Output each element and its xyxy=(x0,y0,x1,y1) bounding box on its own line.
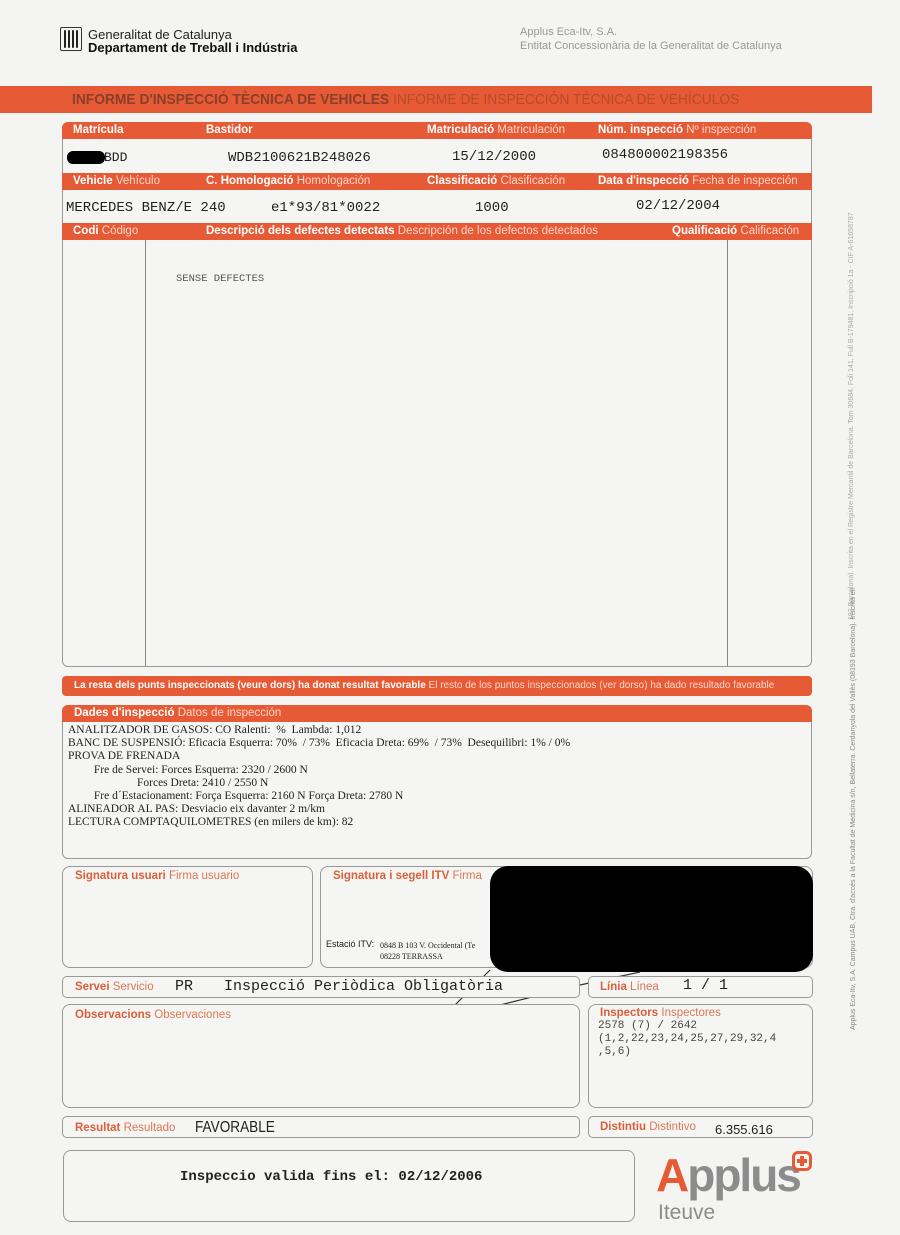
label-homologacion: Homologación xyxy=(297,175,371,187)
gov-line2: Departament de Treball i Indústria xyxy=(88,40,298,55)
value-matriculacio: 15/12/2000 xyxy=(452,149,536,165)
inspectors-line2: (1,2,22,23,24,25,27,29,32,4 xyxy=(598,1033,776,1045)
observations-label: Observacions Observaciones xyxy=(75,1009,231,1021)
label-fecha-inspeccion: Fecha de inspección xyxy=(692,175,797,187)
signature-user-label: Signatura usuari Firma usuario xyxy=(75,870,239,882)
label-matricula: Matrícula xyxy=(73,124,124,136)
label-signatura-itv: Signatura i segell ITV xyxy=(333,870,449,882)
label-observacions: Observacions xyxy=(75,1009,151,1021)
label-datos-inspeccion: Datos de inspección xyxy=(178,707,282,719)
line-label: Línia Línea xyxy=(600,981,659,993)
inspection-data-line: Fre d´Estacionament: Força Esquerra: 216… xyxy=(68,790,570,803)
redacted-stamp xyxy=(490,866,813,972)
result-label: Resultat Resultado xyxy=(75,1122,175,1134)
inspection-data-line: LECTURA COMPTAQUILOMETRES (en milers de … xyxy=(68,816,570,829)
service-code: PR xyxy=(175,978,193,995)
label-distintivo: Distintivo xyxy=(649,1121,696,1133)
distinctive-value: 6.355.616 xyxy=(715,1122,773,1137)
inspectors-line1: 2578 (7) / 2642 xyxy=(598,1020,697,1032)
service-value: Inspecció Periòdica Obligatòria xyxy=(224,978,503,995)
label-matriculacio: Matriculació xyxy=(427,124,494,136)
label-data-inspeccio: Data d'inspecció xyxy=(598,175,689,187)
label-signatura-usuari: Signatura usuari xyxy=(75,870,166,882)
label-bastidor: Bastidor xyxy=(206,124,253,136)
redacted-plate xyxy=(67,151,105,164)
label-qualificacio: Qualificació xyxy=(672,225,737,237)
label-codigo: Código xyxy=(102,225,138,237)
label-descripcio: Descripció dels defectes detectats xyxy=(206,225,395,237)
defects-header: Codi Código Descripció dels defectes det… xyxy=(62,223,812,240)
validity-text: Inspeccio valida fins el: 02/12/2006 xyxy=(180,1169,482,1185)
validity-box xyxy=(63,1150,635,1222)
inspection-data-line: PROVA DE FRENADA xyxy=(68,750,570,763)
defects-description: SENSE DEFECTES xyxy=(176,273,264,285)
company-line2: Entitat Concessionària de la Generalitat… xyxy=(520,40,782,52)
generalitat-logo-icon xyxy=(60,27,82,51)
value-classificacio: 1000 xyxy=(475,200,509,216)
signature-itv-label: Signatura i segell ITV Firma xyxy=(333,870,482,882)
label-servei: Servei xyxy=(75,981,110,993)
inspection-data-header: Dades d'inspecció Datos de inspección xyxy=(62,705,812,722)
label-observaciones: Observaciones xyxy=(154,1009,231,1021)
title-es: INFORME DE INSPECCIÓN TÉCNICA DE VEHÍCUL… xyxy=(393,91,739,108)
value-data-inspeccio: 02/12/2004 xyxy=(636,198,720,214)
label-dades-inspeccio: Dades d'inspecció xyxy=(74,707,175,719)
inspection-data-line: Forces Dreta: 2410 / 2550 N xyxy=(68,777,570,790)
line-value: 1 / 1 xyxy=(683,977,728,994)
value-vehicle: MERCEDES BENZ/E 240 xyxy=(66,200,226,216)
inspection-data-line: BANC DE SUSPENSIÓ: Eficacia Esquerra: 70… xyxy=(68,737,570,750)
label-descripcion: Descripción de los defectos detectados xyxy=(398,225,598,237)
row1-header: Matrícula Bastidor Matriculació Matricul… xyxy=(62,122,812,139)
inspection-data-line: ALINEADOR AL PAS: Desviacio eix davanter… xyxy=(68,803,570,816)
label-linia: Línia xyxy=(600,981,627,993)
plus-icon xyxy=(792,1151,812,1171)
favorable-bar: La resta dels punts inspeccionats (veure… xyxy=(62,676,812,696)
inspectors-line3: ,5,6) xyxy=(598,1046,631,1058)
label-resultat: Resultat xyxy=(75,1122,120,1134)
value-num-inspeccio: 084800002198356 xyxy=(602,147,728,163)
applus-logo: Applus xyxy=(656,1148,800,1202)
value-matricula: BDD xyxy=(104,150,127,165)
station-label: Estació ITV: xyxy=(326,939,374,949)
inspection-data-lines: ANALITZADOR DE GASOS: CO Ralenti: % Lamb… xyxy=(68,724,570,830)
applus-a: A xyxy=(656,1149,687,1201)
side-legal-lower: Applus Eca-Itv, S.A. Campus UAB, Ctra. d… xyxy=(850,510,857,1030)
label-inspectors: Inspectors xyxy=(600,1007,658,1019)
favorable-es: El resto de los puntos inspeccionados (v… xyxy=(429,680,775,691)
label-firma-usuario: Firma usuario xyxy=(169,870,239,882)
label-resultado: Resultado xyxy=(124,1122,176,1134)
defects-col-divider-1 xyxy=(145,240,146,666)
label-num-inspeccion: Nº inspección xyxy=(686,124,756,136)
label-homologacio: C. Homologació xyxy=(206,175,294,187)
station-line1: 0848 B 103 V. Occidental (Te xyxy=(380,941,475,950)
service-label: Servei Servicio xyxy=(75,981,154,993)
label-linea: Línea xyxy=(630,981,659,993)
label-clasificacion: Clasificación xyxy=(501,175,566,187)
label-vehicle: Vehicle xyxy=(73,175,113,187)
title-ca: INFORME D'INSPECCIÓ TÈCNICA DE VEHICLES xyxy=(72,91,389,108)
label-num-inspeccio: Núm. inspecció xyxy=(598,124,683,136)
report-title-bar: INFORME D'INSPECCIÓ TÈCNICA DE VEHICLES … xyxy=(0,86,872,113)
inspection-data-line: ANALITZADOR DE GASOS: CO Ralenti: % Lamb… xyxy=(68,724,570,737)
applus-rest: pplus xyxy=(687,1149,800,1201)
inspection-data-line: Fre de Servei: Forces Esquerra: 2320 / 2… xyxy=(68,764,570,777)
defects-col-divider-2 xyxy=(727,240,728,666)
label-matriculacion: Matriculación xyxy=(497,124,565,136)
label-codi: Codi xyxy=(73,225,99,237)
company-line1: Applus Eca-Itv, S.A. xyxy=(520,26,617,38)
label-servicio: Servicio xyxy=(113,981,154,993)
label-vehiculo: Vehículo xyxy=(116,175,160,187)
label-calificacion: Calificación xyxy=(740,225,799,237)
row2-header: Vehicle Vehículo C. Homologació Homologa… xyxy=(62,173,812,190)
favorable-ca: La resta dels punts inspeccionats (veure… xyxy=(74,680,426,691)
label-inspectores: Inspectores xyxy=(661,1007,720,1019)
value-bastidor: WDB2100621B248026 xyxy=(228,150,371,166)
inspectors-label: Inspectors Inspectores xyxy=(600,1007,721,1019)
label-firma-itv: Firma xyxy=(453,870,482,882)
label-distintiu: Distintiu xyxy=(600,1121,646,1133)
distinctive-label: Distintiu Distintivo xyxy=(600,1121,696,1133)
value-homologacio: e1*93/81*0022 xyxy=(271,200,380,216)
label-classificacio: Classificació xyxy=(427,175,497,187)
result-value: FAVORABLE xyxy=(195,1119,275,1137)
iteuve-label: Iteuve xyxy=(658,1201,715,1225)
